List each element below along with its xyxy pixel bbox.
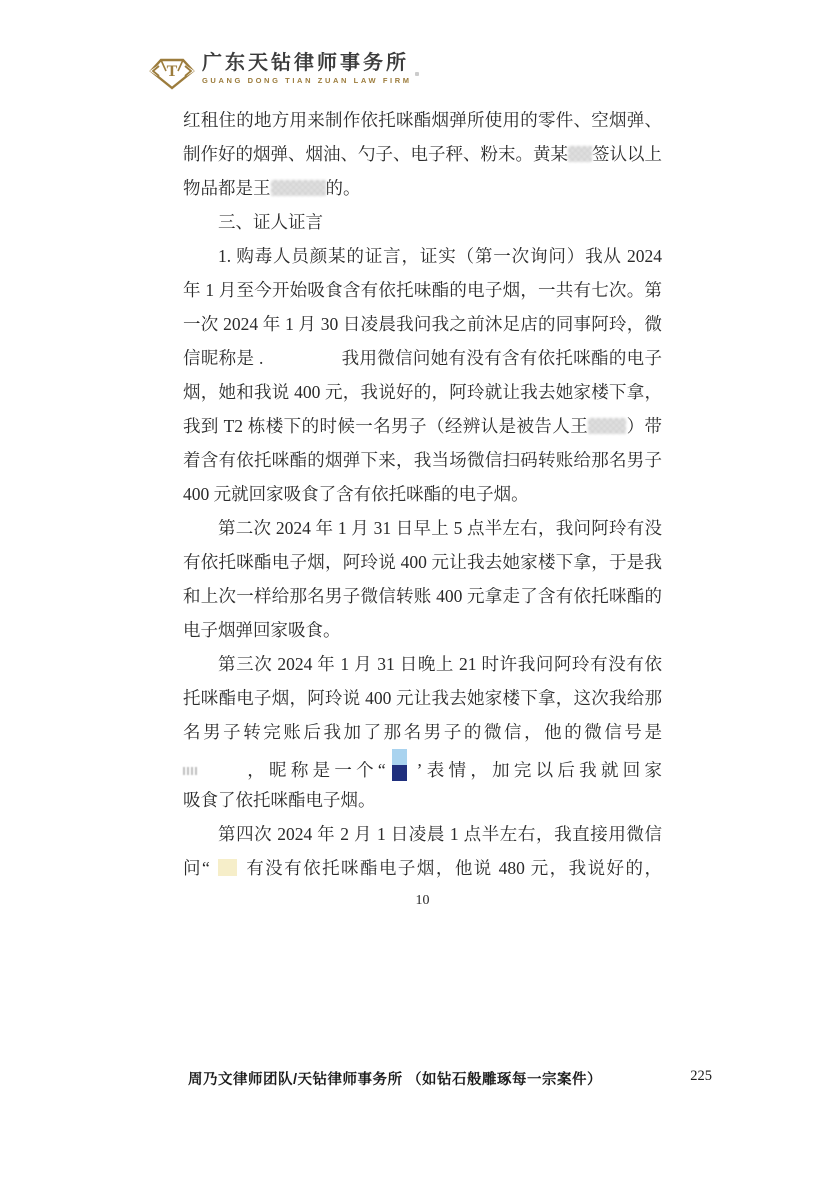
footer-team-text: 周乃文律师团队/天钻律师事务所 （如钻石般雕琢每一宗案件） bbox=[0, 1068, 790, 1089]
text-run: 年 1 月至今开始吸食含有依托味酯的电子烟，一共有七次。第 bbox=[183, 280, 662, 300]
text-run: 着含有依托咪酯的烟弹下来，我当场微信扫码转账给那名男子 bbox=[183, 450, 662, 470]
text-run: 三、证人证言 bbox=[218, 212, 323, 232]
page-number: 10 bbox=[183, 893, 662, 909]
document-page: T 广东天钻律师事务所 GUANG DONG TIAN ZUAN LAW FIR… bbox=[0, 0, 833, 1178]
document-line: 电子烟弹回家吸食。 bbox=[183, 613, 662, 647]
footer-page-number: 225 bbox=[690, 1068, 712, 1085]
scan-speck bbox=[415, 72, 419, 76]
document-line: 和上次一样给那名男子微信转账 400 元拿走了含有依托咪酯的 bbox=[183, 579, 662, 613]
diamond-logo-icon: T bbox=[148, 54, 196, 92]
document-line: 信昵称是 .我用微信问她有没有含有依托咪酯的电子 bbox=[183, 341, 662, 375]
text-run: 的。 bbox=[326, 178, 361, 198]
text-run: 签认以上 bbox=[592, 144, 662, 164]
text-run: 烟，她和我说 400 元，我说好的，阿玲就让我去她家楼下拿， bbox=[183, 382, 662, 402]
document-line: 托咪酯电子烟，阿玲说 400 元让我去她家楼下拿，这次我给那 bbox=[183, 681, 662, 715]
text-run: ）带 bbox=[626, 416, 662, 436]
smudge-redaction bbox=[183, 767, 199, 775]
document-line: 制作好的烟弹、烟油、勺子、电子秤、粉末。黄某签认以上 bbox=[183, 137, 662, 171]
text-run: 信昵称是 . bbox=[183, 348, 263, 368]
law-firm-header: T 广东天钻律师事务所 GUANG DONG TIAN ZUAN LAW FIR… bbox=[148, 52, 568, 96]
blurred-redaction bbox=[588, 418, 626, 434]
text-run: 第四次 2024 年 2 月 1 日凌晨 1 点半左右，我直接用微信 bbox=[218, 824, 662, 844]
document-line: 三、证人证言 bbox=[183, 205, 662, 239]
emoji-top-half bbox=[392, 749, 407, 765]
document-line: 一次 2024 年 1 月 30 日凌晨我问我之前沐足店的同事阿玲，微 bbox=[183, 307, 662, 341]
document-line: 烟，她和我说 400 元，我说好的，阿玲就让我去她家楼下拿， bbox=[183, 375, 662, 409]
document-line: 有依托咪酯电子烟，阿玲说 400 元让我去她家楼下拿，于是我 bbox=[183, 545, 662, 579]
text-run: 托咪酯电子烟，阿玲说 400 元让我去她家楼下拿，这次我给那 bbox=[183, 688, 662, 708]
text-run: 问“ bbox=[183, 858, 210, 878]
text-run: 有没有依托咪酯电子烟，他说 480 元，我说好的， bbox=[245, 858, 662, 878]
law-firm-name-cn: 广东天钻律师事务所 bbox=[202, 52, 412, 74]
document-line: 物品都是王的。 bbox=[183, 171, 662, 205]
document-line: 着含有依托咪酯的烟弹下来，我当场微信扫码转账给那名男子 bbox=[183, 443, 662, 477]
law-firm-name-en: GUANG DONG TIAN ZUAN LAW FIRM bbox=[202, 76, 412, 86]
text-run: 和上次一样给那名男子微信转账 400 元拿走了含有依托咪酯的 bbox=[183, 586, 662, 606]
highlight-redaction bbox=[218, 859, 237, 876]
blank-gap bbox=[263, 362, 341, 364]
document-line: 我到 T2 栋楼下的时候一名男子（经辨认是被告人王）带 bbox=[183, 409, 662, 443]
lines-container: 红租住的地方用来制作依托咪酯烟弹所使用的零件、空烟弹、制作好的烟弹、烟油、勺子、… bbox=[183, 103, 662, 885]
document-line: 年 1 月至今开始吸食含有依托味酯的电子烟，一共有七次。第 bbox=[183, 273, 662, 307]
blurred-redaction bbox=[568, 146, 592, 162]
text-run: 名男子转完账后我加了那名男子的微信，他的微信号是 bbox=[183, 722, 662, 742]
blank-gap bbox=[199, 774, 243, 776]
emoji-bottom-half bbox=[392, 765, 407, 781]
document-line: 吸食了依托咪酯电子烟。 bbox=[183, 783, 662, 817]
text-run: 第三次 2024 年 1 月 31 日晚上 21 时许我问阿玲有没有依 bbox=[218, 654, 662, 674]
text-run: 1. 购毒人员颜某的证言，证实（第一次询问）我从 2024 bbox=[218, 246, 662, 266]
text-run: 有依托咪酯电子烟，阿玲说 400 元让我去她家楼下拿，于是我 bbox=[183, 552, 662, 572]
text-run: 制作好的烟弹、烟油、勺子、电子秤、粉末。黄某 bbox=[183, 144, 568, 164]
text-run: 我到 T2 栋楼下的时候一名男子（经辨认是被告人王 bbox=[183, 416, 588, 436]
svg-text:T: T bbox=[167, 63, 178, 80]
brand-text: 广东天钻律师事务所 GUANG DONG TIAN ZUAN LAW FIRM bbox=[202, 52, 412, 86]
document-line: ，昵称是一个“’表情，加完以后我就回家 bbox=[183, 749, 662, 783]
document-footer: 周乃文律师团队/天钻律师事务所 （如钻石般雕琢每一宗案件） 225 bbox=[0, 1068, 833, 1092]
document-line: 红租住的地方用来制作依托咪酯烟弹所使用的零件、空烟弹、 bbox=[183, 103, 662, 137]
document-line: 名男子转完账后我加了那名男子的微信，他的微信号是 bbox=[183, 715, 662, 749]
blank-gap bbox=[407, 774, 417, 776]
text-run: 物品都是王 bbox=[183, 178, 271, 198]
emoji-redaction bbox=[392, 749, 407, 781]
text-run: 第二次 2024 年 1 月 31 日早上 5 点半左右，我问阿玲有没 bbox=[218, 518, 662, 538]
blank-gap bbox=[210, 872, 218, 874]
document-line: 400 元就回家吸食了含有依托咪酯的电子烟。 bbox=[183, 477, 662, 511]
text-run: ，昵称是一个“ bbox=[243, 760, 386, 780]
text-run: 电子烟弹回家吸食。 bbox=[183, 620, 341, 640]
document-line: 问“有没有依托咪酯电子烟，他说 480 元，我说好的， bbox=[183, 851, 662, 885]
document-line: 第二次 2024 年 1 月 31 日早上 5 点半左右，我问阿玲有没 bbox=[183, 511, 662, 545]
text-run: ’表情，加完以后我就回家 bbox=[417, 760, 662, 780]
document-line: 1. 购毒人员颜某的证言，证实（第一次询问）我从 2024 bbox=[183, 239, 662, 273]
blank-gap bbox=[237, 872, 245, 874]
text-run: 400 元就回家吸食了含有依托咪酯的电子烟。 bbox=[183, 484, 529, 504]
document-line: 第三次 2024 年 1 月 31 日晚上 21 时许我问阿玲有没有依 bbox=[183, 647, 662, 681]
blurred-redaction bbox=[271, 180, 326, 196]
document-line: 第四次 2024 年 2 月 1 日凌晨 1 点半左右，我直接用微信 bbox=[183, 817, 662, 851]
text-run: 吸食了依托咪酯电子烟。 bbox=[183, 790, 376, 810]
text-run: 我用微信问她有没有含有依托咪酯的电子 bbox=[341, 348, 662, 368]
document-body: 红租住的地方用来制作依托咪酯烟弹所使用的零件、空烟弹、制作好的烟弹、烟油、勺子、… bbox=[183, 103, 662, 909]
text-run: 一次 2024 年 1 月 30 日凌晨我问我之前沐足店的同事阿玲，微 bbox=[183, 314, 662, 334]
text-run: 红租住的地方用来制作依托咪酯烟弹所使用的零件、空烟弹、 bbox=[183, 110, 662, 130]
